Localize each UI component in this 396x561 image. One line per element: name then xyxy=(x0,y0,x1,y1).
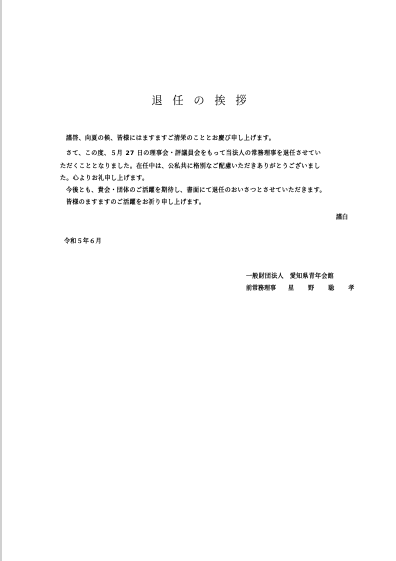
document-page: 退任の挨拶 謹啓、向夏の候、皆様にはますますご清栄のこととお慶び申し上げます。 … xyxy=(0,0,396,561)
signature-organization: 一般財団法人愛知県青年会館 xyxy=(246,271,334,280)
paragraph-line: 今後とも、貴会・団体のご活躍を期待し、書面にて退任のおいさつとさせていただきます… xyxy=(66,187,326,195)
closing-phrase: 謹白 xyxy=(336,212,348,221)
organization-type: 一般財団法人 xyxy=(246,273,284,280)
paragraph-line: 謹啓、向夏の候、皆様にはますますご清栄のこととお慶び申し上げます。 xyxy=(66,135,275,143)
paragraph-line: 皆様のますますのご活躍をお祈り申し上げます。 xyxy=(66,199,205,207)
document-title: 退任の挨拶 xyxy=(2,92,396,108)
document-date: 令和５年６月 xyxy=(64,236,102,245)
signature-person: 前常務理事星 野 聡 孝 xyxy=(246,283,360,292)
paragraph-line: た。心よりお礼申し上げます。 xyxy=(60,175,148,183)
signer-position: 前常務理事 xyxy=(246,285,276,292)
organization-name: 愛知県青年会館 xyxy=(290,273,334,280)
paragraph-line: ただくこととなりました。在任中は、公私共に格別なご配慮いただきありがとうございま… xyxy=(60,163,320,171)
signer-name: 星 野 聡 孝 xyxy=(288,285,360,292)
paragraph-line: さて、この度、５月 27 日の理事会・評議員会をもって当法人の常務理事を退任させ… xyxy=(66,150,321,158)
